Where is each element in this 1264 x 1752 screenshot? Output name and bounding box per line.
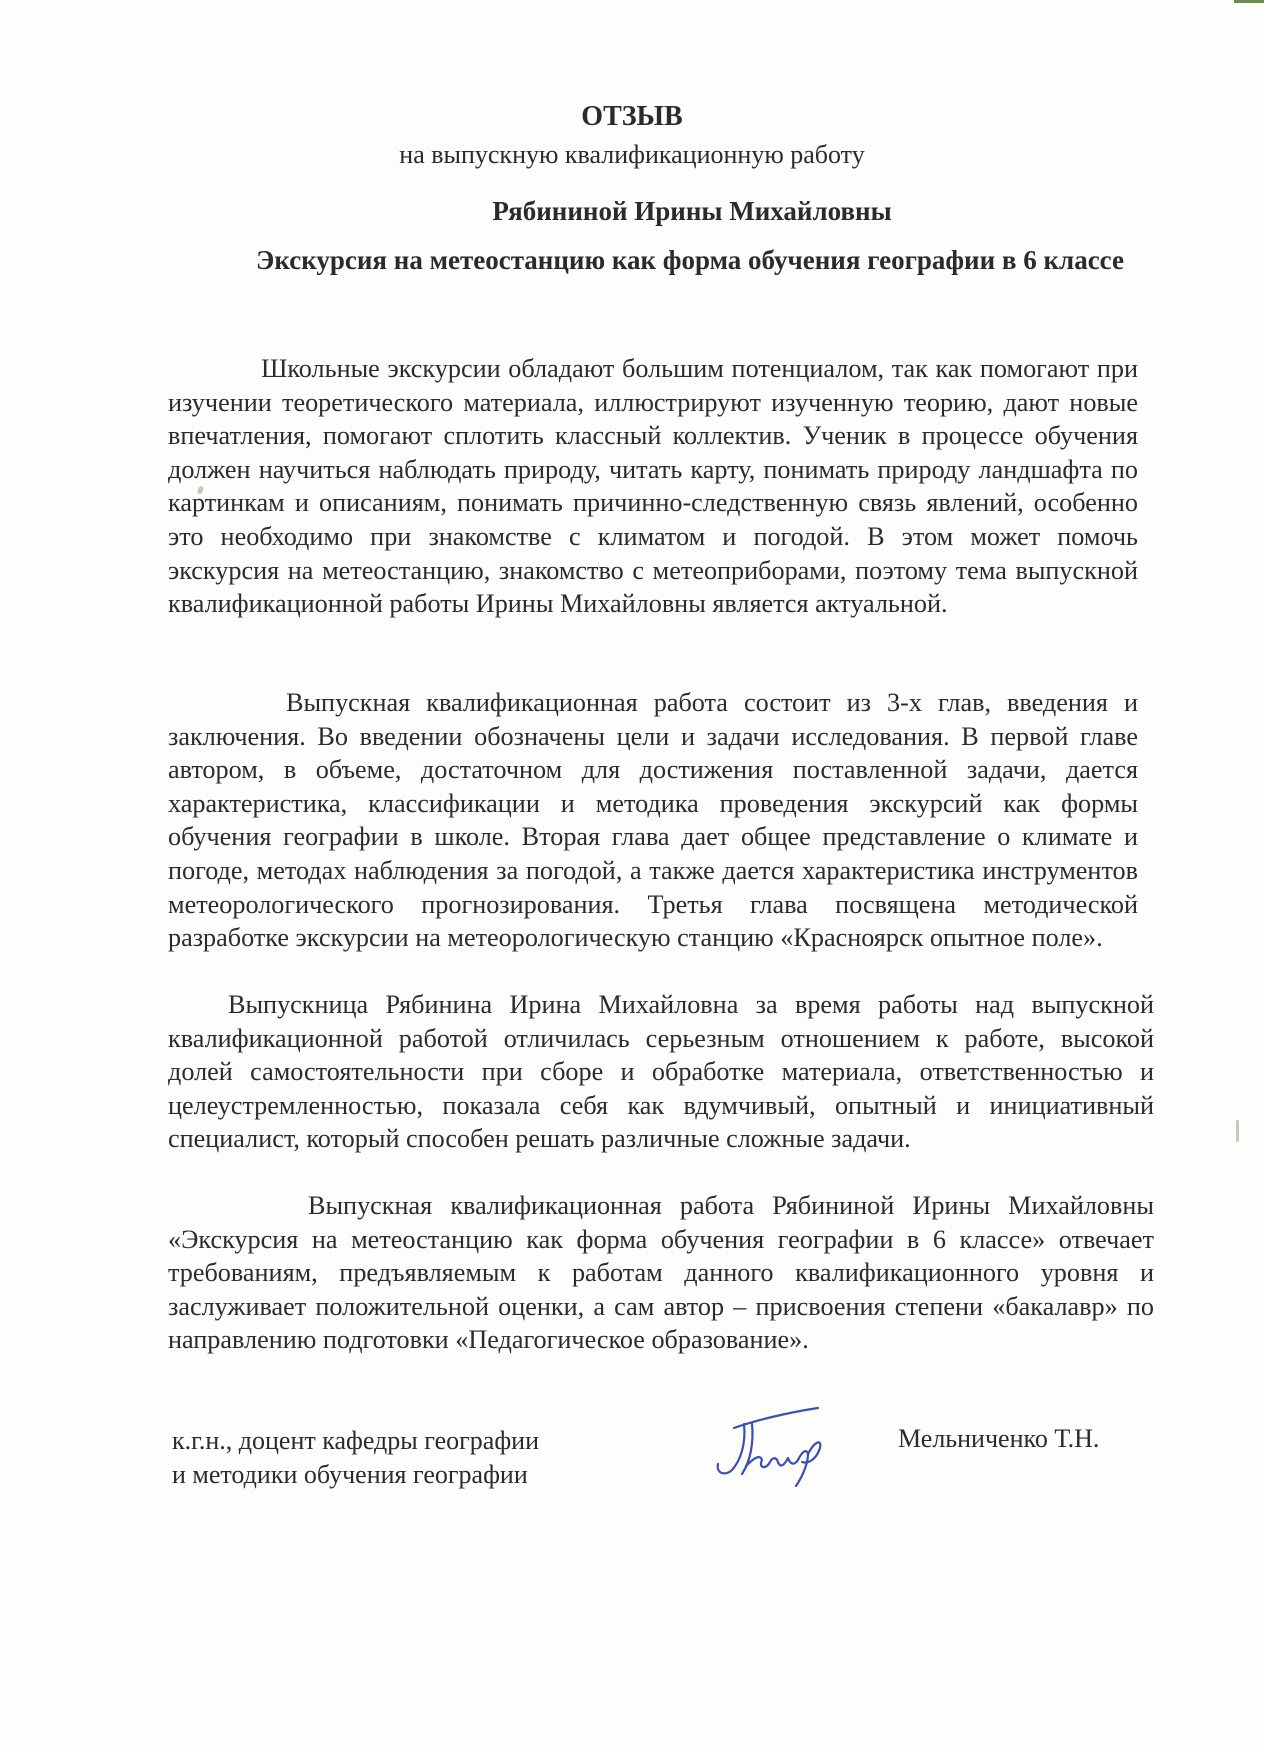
reviewer-position: к.г.н., доцент кафедры географии и метод… bbox=[172, 1424, 539, 1492]
paragraph-conclusion: Выпускная квалификационная работа Рябини… bbox=[168, 1189, 1154, 1357]
paragraph-student-qualities: Выпускница Рябинина Ирина Михайловна за … bbox=[168, 988, 1154, 1156]
document-title: ОТЗЫВ bbox=[0, 101, 1264, 133]
paragraph-structure: Выпускная квалификационная работа состои… bbox=[168, 686, 1138, 955]
handwritten-signature-icon bbox=[696, 1398, 846, 1498]
reviewer-position-line1: к.г.н., доцент кафедры географии bbox=[172, 1424, 539, 1458]
student-name: Рябининой Ирины Михайловны bbox=[60, 196, 1264, 227]
document-subtitle: на выпускную квалификационную работу bbox=[0, 140, 1264, 170]
scan-edge-mark bbox=[1234, 0, 1264, 3]
thesis-topic: Экскурсия на метеостанцию как форма обуч… bbox=[250, 242, 1130, 278]
reviewer-position-line2: и методики обучения географии bbox=[172, 1458, 539, 1492]
signer-name: Мельниченко Т.Н. bbox=[898, 1424, 1099, 1454]
scan-artifact bbox=[1236, 1120, 1239, 1142]
paragraph-relevance: Школьные экскурсии обладают большим поте… bbox=[168, 352, 1138, 621]
